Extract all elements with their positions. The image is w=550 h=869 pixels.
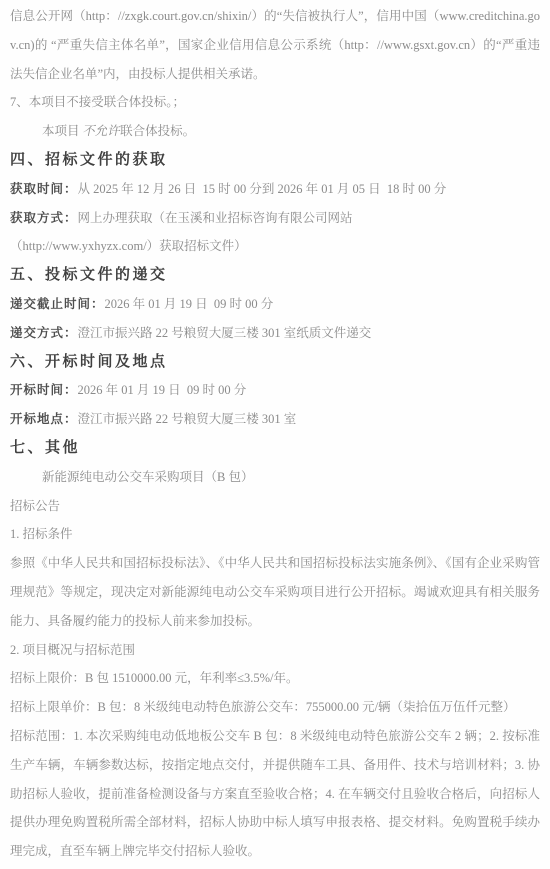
field-value: 2026 年 01 月 19 日 09 时 00 分 [78,383,247,397]
submission-method-field: 递交方式：澄江市振兴路 22 号粮贸大厦三楼 301 室纸质文件递交 [10,319,540,348]
text-segment: 本项目 [42,124,83,138]
bid-opening-place-field: 开标地点：澄江市振兴路 22 号粮贸大厦三楼 301 室 [10,405,540,434]
section-6-heading: 六、开标时间及地点 [10,348,540,377]
price-ceiling-line: 招标上限价：B 包 1510000.00 元，年利率≤3.5%/年。 [10,664,540,693]
field-label: 递交方式： [10,326,78,340]
project-overview-heading-line: 2. 项目概况与招标范围 [10,636,540,665]
obtain-website-line: （http://www.yxhyzx.com/）获取招标文件） [10,232,540,261]
consortium-not-allowed-line: 本项目 不允许联合体投标。 [10,117,540,146]
field-value: 澄江市振兴路 22 号粮贸大厦三楼 301 室 [78,412,297,426]
document-body: 信息公开网（http：//zxgk.court.gov.cn/shixin/）的… [10,2,540,866]
text-segment: 联合体投标。 [120,124,195,138]
project-name-line: 新能源纯电动公交车采购项目（B 包） [10,463,540,492]
bidding-conditions-heading-line: 1. 招标条件 [10,520,540,549]
credit-blacklist-paragraph: 信息公开网（http：//zxgk.court.gov.cn/shixin/）的… [10,2,540,88]
unit-price-ceiling-line: 招标上限单价：B 包：8 米级纯电动特色旅游公交车：755000.00 元/辆（… [10,693,540,722]
document-page: 信息公开网（http：//zxgk.court.gov.cn/shixin/）的… [0,0,550,866]
section-5-heading: 五、投标文件的递交 [10,261,540,290]
field-label: 获取方式： [10,211,78,225]
field-value: 澄江市振兴路 22 号粮贸大厦三楼 301 室纸质文件递交 [78,326,372,340]
field-value: 2026 年 01 月 19 日 09 时 00 分 [105,297,274,311]
field-value: 网上办理获取（在玉溪和业招标咨询有限公司网站 [78,211,353,225]
field-value: 从 2025 年 12 月 26 日 15 时 00 分到 2026 年 01 … [78,182,447,196]
obtain-method-field: 获取方式：网上办理获取（在玉溪和业招标咨询有限公司网站 [10,204,540,233]
bid-opening-time-field: 开标时间：2026 年 01 月 19 日 09 时 00 分 [10,376,540,405]
bidding-conditions-paragraph: 参照《中华人民共和国招标投标法》、《中华人民共和国招标投标法实施条例》、《国有企… [10,549,540,635]
field-label: 获取时间： [10,182,78,196]
field-label: 开标时间： [10,383,78,397]
consortium-clause-line: 7、本项目不接受联合体投标。； [10,88,540,117]
emphasis-text: 不允许 [80,117,124,146]
field-label: 开标地点： [10,412,78,426]
submission-deadline-field: 递交截止时间：2026 年 01 月 19 日 09 时 00 分 [10,290,540,319]
obtain-time-field: 获取时间：从 2025 年 12 月 26 日 15 时 00 分到 2026 … [10,175,540,204]
field-label: 递交截止时间： [10,297,105,311]
section-7-heading: 七、其他 [10,434,540,463]
bidding-scope-paragraph: 招标范围：1. 本次采购纯电动低地板公交车 B 包：8 米级纯电动特色旅游公交车… [10,722,540,866]
announcement-title-line: 招标公告 [10,492,540,521]
section-4-heading: 四、招标文件的获取 [10,146,540,175]
